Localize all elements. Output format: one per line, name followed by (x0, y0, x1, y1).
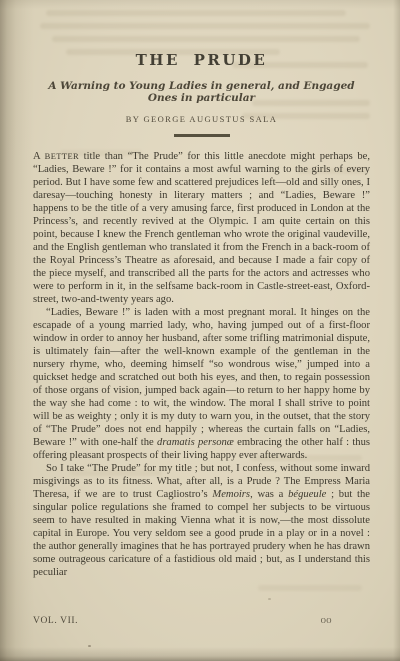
book-page: THE PRUDE A Warning to Young Ladies in g… (0, 0, 400, 661)
signature-mark: oo (321, 616, 332, 626)
paragraph: A BETTER title than “The Prude” for this… (33, 150, 370, 306)
volume-label: VOL. VII. (33, 616, 78, 626)
paper-speck (268, 598, 271, 600)
paper-speck (88, 645, 91, 647)
bleedthrough-line (258, 585, 362, 591)
paragraph: “Ladies, Beware !” is laden with a most … (33, 306, 370, 462)
page-content: THE PRUDE A Warning to Young Ladies in g… (33, 0, 370, 579)
page-footer: VOL. VII. oo (33, 616, 370, 626)
paragraph: So I take “The Prude” for my title ; but… (33, 462, 370, 579)
page-subtitle: A Warning to Young Ladies in general, an… (33, 80, 370, 104)
author-byline: BY GEORGE AUGUSTUS SALA (33, 115, 370, 124)
page-title: THE PRUDE (33, 53, 370, 68)
divider-rule (174, 134, 230, 137)
body-text: A BETTER title than “The Prude” for this… (33, 150, 370, 579)
